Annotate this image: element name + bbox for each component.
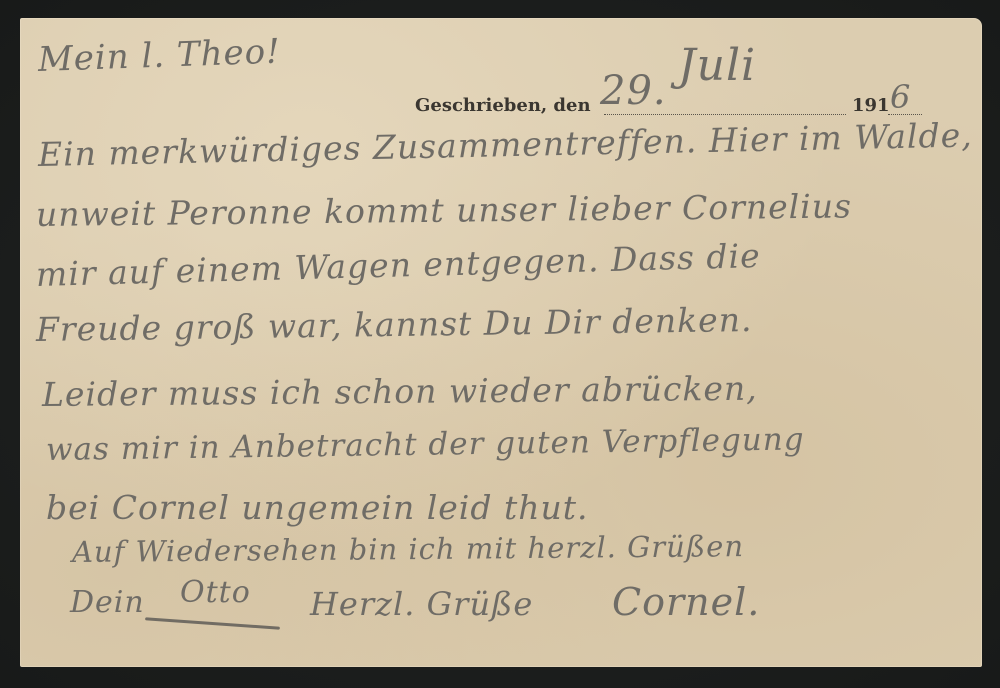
letter-line-5: Leider muss ich schon wieder abrücken, <box>42 369 758 414</box>
handwritten-month: Juli <box>678 40 756 91</box>
handwritten-year-suffix: 6 <box>890 78 911 116</box>
co-sender-name-cornel: Cornel. <box>612 580 760 624</box>
salutation: Mein l. Theo! <box>37 32 281 80</box>
letter-line-8: Auf Wiedersehen bin ich mit herzl. Grüße… <box>72 529 744 569</box>
printed-year-prefix: 191 <box>852 95 890 116</box>
printed-date-label: Geschrieben, den <box>415 95 591 116</box>
closing-dein: Dein <box>70 585 145 620</box>
postscript-greeting: Herzl. Grüße <box>310 585 533 623</box>
date-dotted-line <box>604 114 846 115</box>
letter-line-7: bei Cornel ungemein leid thut. <box>46 488 588 527</box>
handwritten-day: 29. <box>600 68 667 114</box>
year-dotted-line <box>888 114 922 115</box>
sender-name-otto: Otto <box>180 575 251 610</box>
